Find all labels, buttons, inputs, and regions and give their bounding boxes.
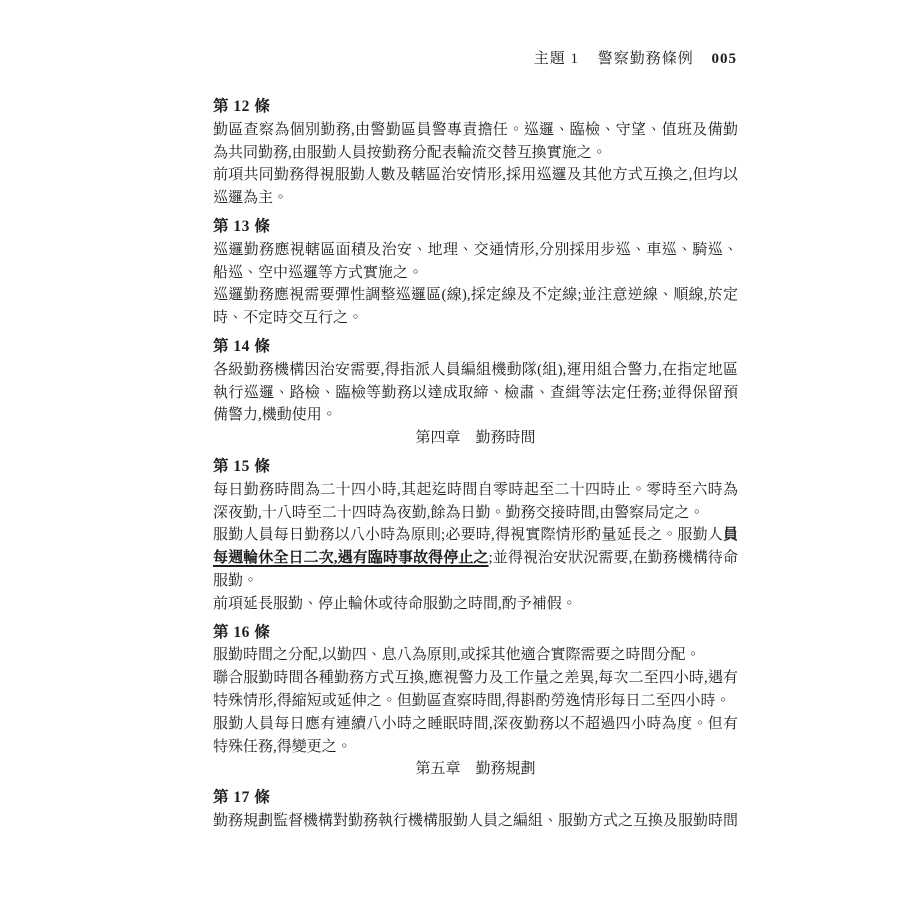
paragraph: 巡邏勤務應視轄區面積及治安、地理、交通情形,分別採用步巡、車巡、騎巡、船巡、空中… [213,239,738,285]
text-segment: 前項共同勤務得視服勤人數及轄區治安情形,採用巡邏及其他方式互換之,但均以巡邏為主… [213,167,738,206]
paragraph: 各級勤務機構因治安需要,得指派人員編組機動隊(組),運用組合警力,在指定地區執行… [213,359,738,427]
text-segment: 各級勤務機構因治安需要,得指派人員編組機動隊(組),運用組合警力,在指定地區執行… [213,362,738,424]
chapter-heading: 第五章 勤務規劃 [213,758,738,781]
paragraph: 前項延長服勤、停止輪休或待命服勤之時間,酌予補假。 [213,593,738,616]
article-heading: 第 14 條 [213,336,738,359]
text-segment: 服勤時間之分配,以勤四、息八為原則,或採其他適合實際需要之時間分配。 [213,647,701,663]
book-page: 主題 1 警察勤務條例 005 第 12 條勤區查察為個別勤務,由警勤區員警專責… [0,0,900,900]
highlighted-key-text: 每週輪休全日二次,遇有臨時事故得停止之 [213,550,489,566]
text-segment: 員 [723,527,738,543]
article-heading: 第 12 條 [213,96,738,119]
text-segment: 巡邏勤務應視轄區面積及治安、地理、交通情形,分別採用步巡、車巡、騎巡、船巡、空中… [213,242,738,281]
paragraph: 每日勤務時間為二十四小時,其起迄時間自零時起至二十四時止。零時至六時為深夜勤,十… [213,479,738,525]
paragraph: 服勤人員每日應有連續八小時之睡眠時間,深夜勤務以不超過四小時為度。但有特殊任務,… [213,713,738,759]
article-heading: 第 16 條 [213,622,738,645]
text-segment: 勤區查察為個別勤務,由警勤區員警專責擔任。巡邏、臨檢、守望、值班及備勤為共同勤務… [213,122,738,161]
text-segment: 每日勤務時間為二十四小時,其起迄時間自零時起至二十四時止。零時至六時為深夜勤,十… [213,482,738,521]
paragraph: 服勤人員每日勤務以八小時為原則;必要時,得視實際情形酌量延長之。服勤人員每週輪休… [213,524,738,592]
article-heading: 第 17 條 [213,787,738,810]
page-number: 005 [712,51,738,67]
article-heading: 第 13 條 [213,216,738,239]
header-topic-label: 主題 1 [534,51,579,67]
text-segment: 巡邏勤務應視需要彈性調整巡邏區(線),採定線及不定線;並注意逆線、順線,於定時、… [213,287,738,326]
paragraph: 勤區查察為個別勤務,由警勤區員警專責擔任。巡邏、臨檢、守望、值班及備勤為共同勤務… [213,119,738,165]
paragraph: 勤務規劃監督機構對勤務執行機構服勤人員之編組、服勤方式之互換及服勤時間 [213,810,738,833]
text-segment: 前項延長服勤、停止輪休或待命服勤之時間,酌予補假。 [213,596,577,612]
chapter-heading: 第四章 勤務時間 [213,427,738,450]
text-segment: 服勤人員每日勤務以八小時為原則;必要時,得視實際情形酌量延長之。服勤人 [213,527,723,543]
text-segment: 勤務規劃監督機構對勤務執行機構服勤人員之編組、服勤方式之互換及服勤時間 [213,813,738,829]
article-heading: 第 15 條 [213,456,738,479]
paragraph: 服勤時間之分配,以勤四、息八為原則,或採其他適合實際需要之時間分配。 [213,644,738,667]
paragraph: 前項共同勤務得視服勤人數及轄區治安情形,採用巡邏及其他方式互換之,但均以巡邏為主… [213,164,738,210]
paragraph: 巡邏勤務應視需要彈性調整巡邏區(線),採定線及不定線;並注意逆線、順線,於定時、… [213,284,738,330]
page-header: 主題 1 警察勤務條例 005 [534,50,737,68]
text-segment: 聯合服勤時間各種勤務方式互換,應視警力及工作量之差異,每次二至四小時,遇有特殊情… [213,670,738,709]
header-document-title: 警察勤務條例 [598,51,694,67]
text-segment: 服勤人員每日應有連續八小時之睡眠時間,深夜勤務以不超過四小時為度。但有特殊任務,… [213,716,738,755]
paragraph: 聯合服勤時間各種勤務方式互換,應視警力及工作量之差異,每次二至四小時,遇有特殊情… [213,667,738,713]
document-body: 第 12 條勤區查察為個別勤務,由警勤區員警專責擔任。巡邏、臨檢、守望、值班及備… [213,90,738,833]
